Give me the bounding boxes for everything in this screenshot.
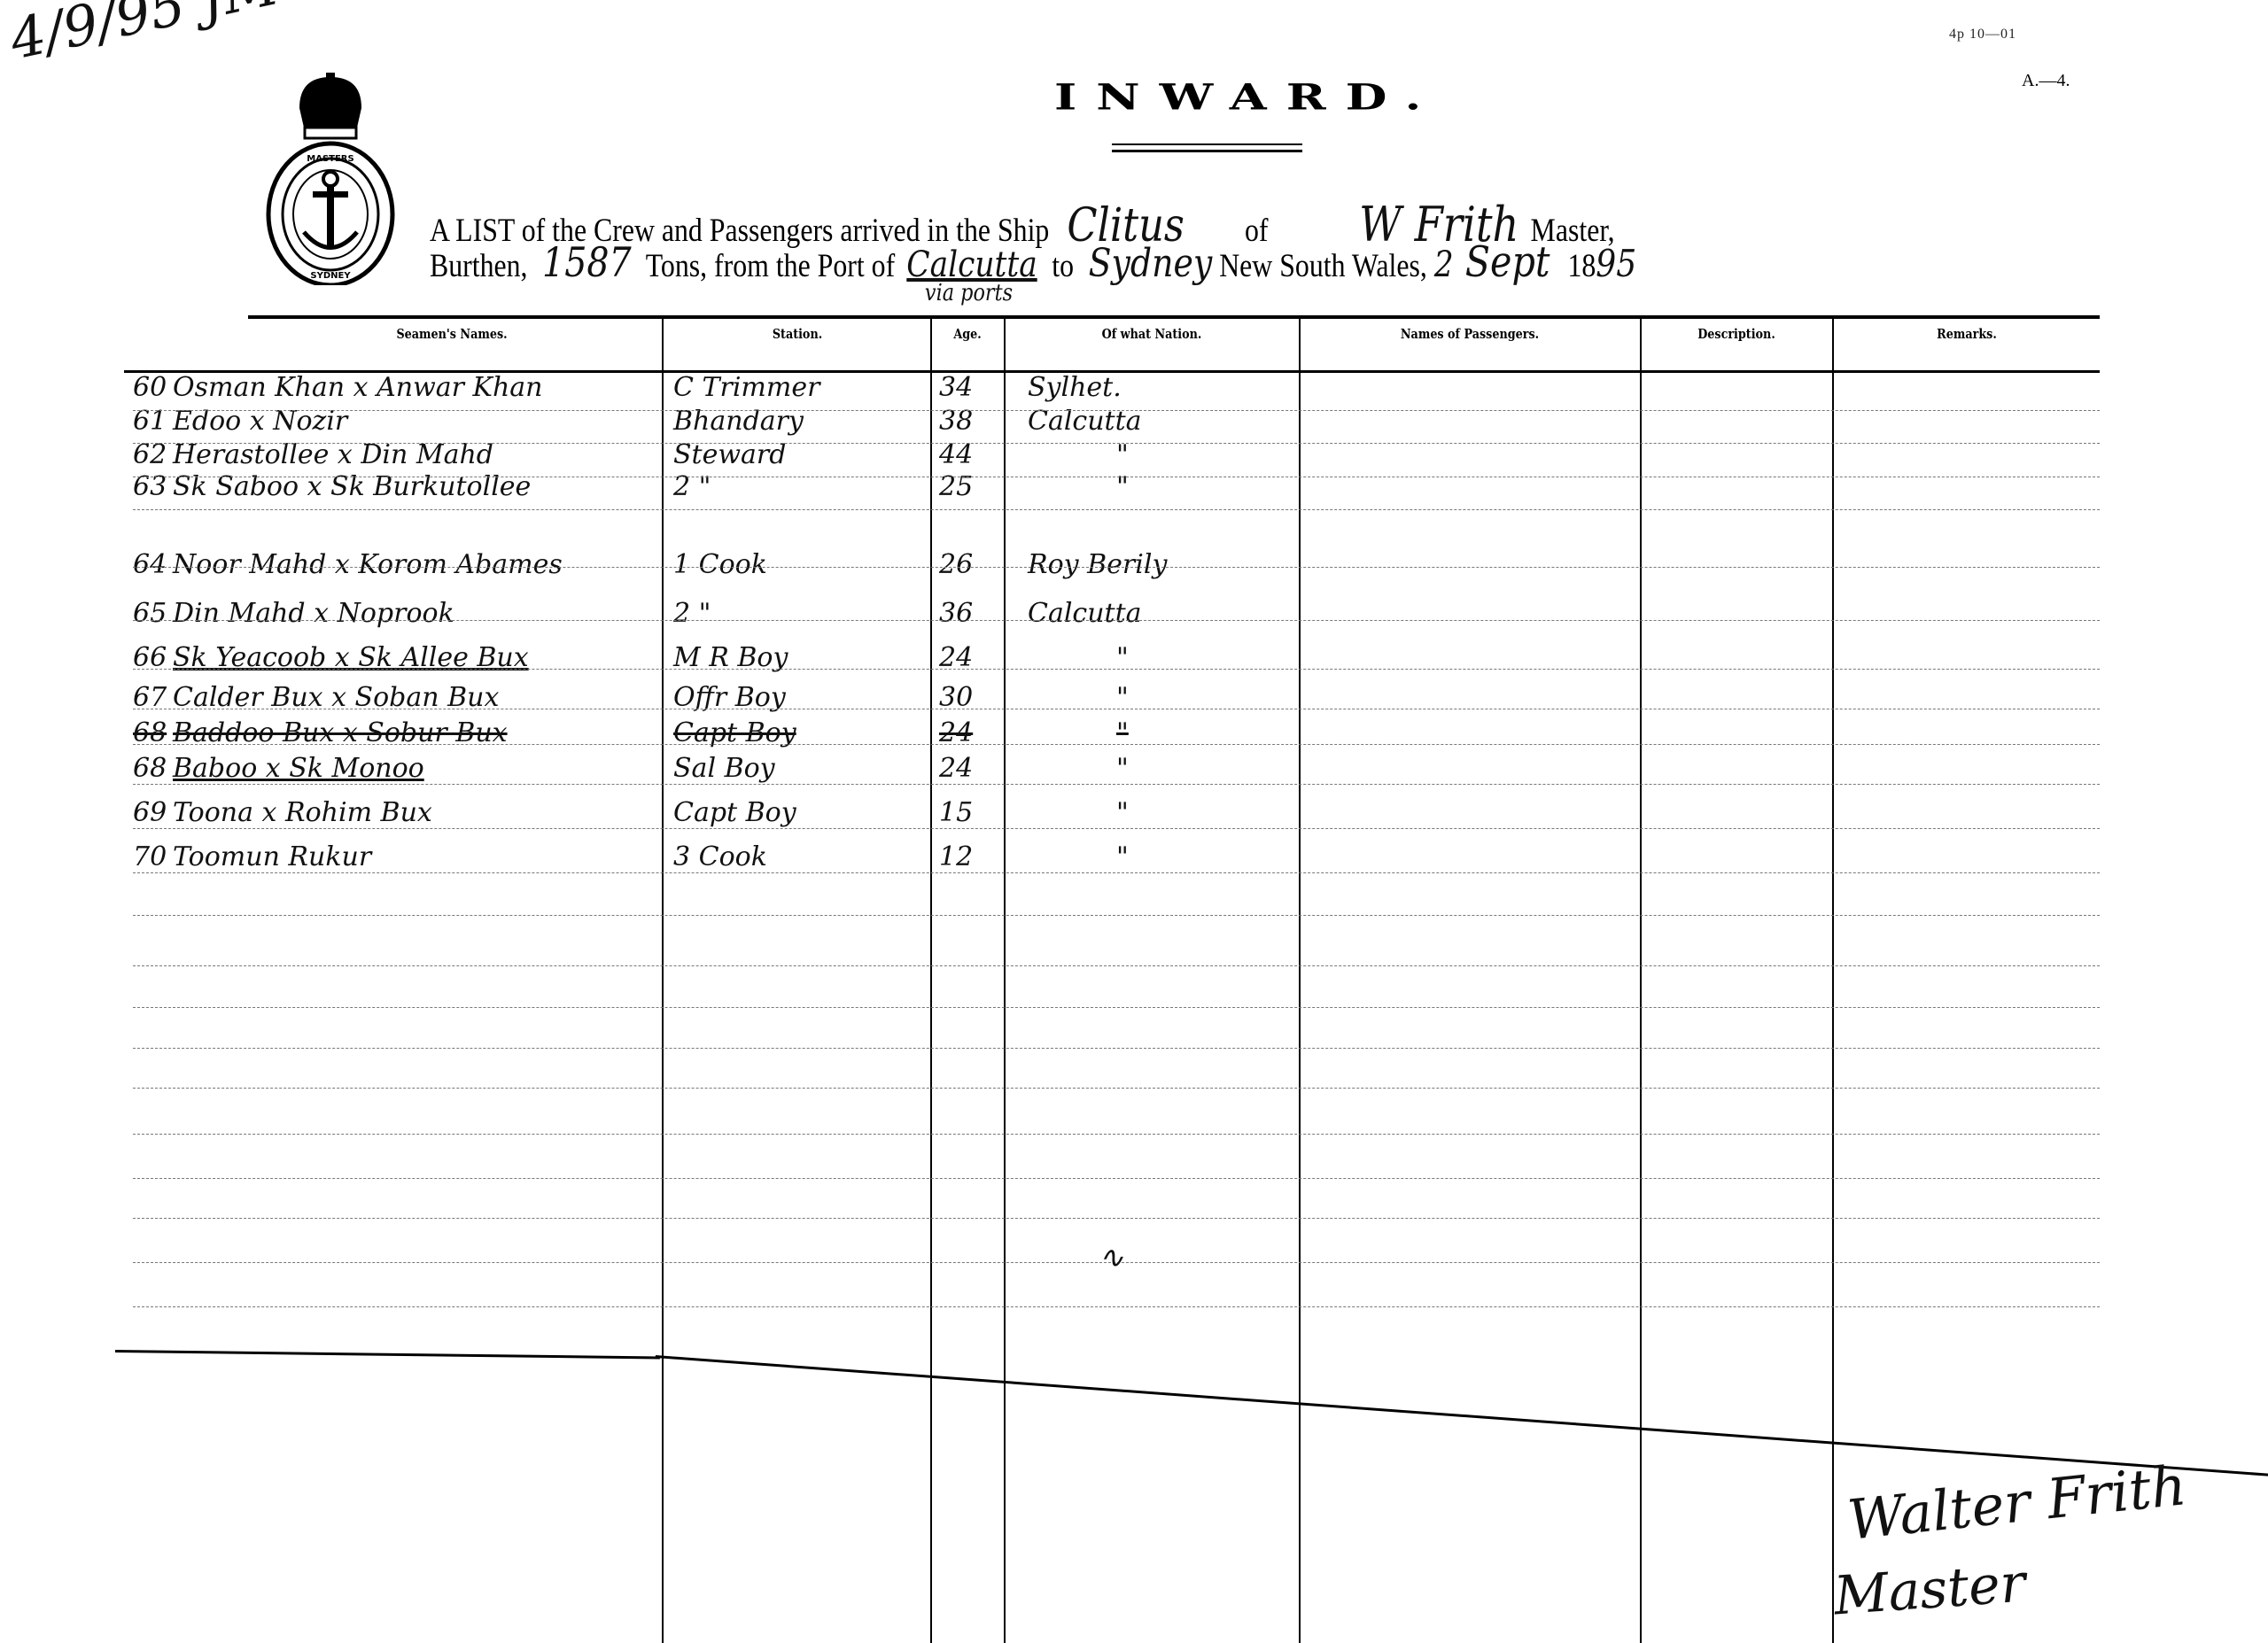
row-number: 68 <box>133 753 167 784</box>
nation: Calcutta <box>1028 598 1142 629</box>
column-header-passengers: Names of Passengers. <box>1326 326 1614 342</box>
column-divider <box>1640 317 1642 1643</box>
ruled-line <box>133 1178 2100 1179</box>
seaman-name: Din Mahd x Noprook <box>173 598 454 629</box>
nation: " <box>1116 753 1129 784</box>
table-row: 70 Toomun Rukur 3 Cook 12 " <box>0 841 2268 872</box>
table-row-struck: 68 Baddoo Bux x Sobur Bux Capt Boy 24 " <box>0 717 2268 748</box>
nsw-label: New South Wales, <box>1219 248 1427 284</box>
nation: " <box>1116 439 1129 470</box>
table-row: 67 Calder Bux x Soban Bux Offr Boy 30 " <box>0 682 2268 712</box>
age: 15 <box>939 797 973 828</box>
nation: " <box>1116 841 1129 872</box>
station: Steward <box>673 439 786 470</box>
closing-flourish: ∿ <box>1099 1240 1124 1275</box>
row-number: 64 <box>133 549 167 580</box>
ruled-line <box>133 669 2100 670</box>
master-signature: Walter Frith <box>1845 1453 2189 1553</box>
ruled-line <box>133 1306 2100 1307</box>
seaman-name: Toona x Rohim Bux <box>173 797 432 828</box>
table-row: 66 Sk Yeacoob x Sk Allee Bux M R Boy 24 … <box>0 642 2268 672</box>
station: 1 Cook <box>673 549 767 580</box>
year-prefix: 18 <box>1567 248 1596 284</box>
ruled-line <box>133 567 2100 568</box>
seaman-name: Noor Mahd x Korom Abames <box>173 549 563 580</box>
form-code: A.—4. <box>2022 71 2070 91</box>
age: 36 <box>939 598 973 629</box>
column-header-remarks: Remarks. <box>1854 326 2080 342</box>
closing-line <box>656 1355 2268 1476</box>
document-title: INWARD. <box>1054 75 1441 118</box>
ruled-line <box>133 1134 2100 1135</box>
burthen-label: Burthen, <box>430 248 527 284</box>
ruled-line <box>133 709 2100 709</box>
ruled-line <box>133 1048 2100 1049</box>
column-divider <box>662 317 664 1643</box>
column-divider <box>1004 317 1006 1643</box>
svg-text:MASTERS: MASTERS <box>307 154 353 164</box>
ruled-line <box>133 410 2100 411</box>
age: 12 <box>939 841 973 872</box>
ruled-line <box>133 744 2100 745</box>
column-header-seamens-names: Seamen's Names. <box>294 326 610 342</box>
column-divider <box>1299 317 1301 1643</box>
ruled-line <box>133 1007 2100 1008</box>
row-number: 60 <box>133 372 167 403</box>
to-label: to <box>1052 248 1074 284</box>
shipping-masters-seal-icon: MASTERS SYDNEY <box>264 73 397 285</box>
age: 26 <box>939 549 973 580</box>
ruled-line <box>133 620 2100 621</box>
ruled-line <box>133 477 2100 477</box>
title-underline <box>1112 143 1302 152</box>
station: Capt Boy <box>673 797 796 828</box>
ruled-line <box>133 1088 2100 1089</box>
table-row: 62 Herastollee x Din Mahd Steward 44 " <box>0 439 2268 469</box>
closing-line <box>115 1350 660 1360</box>
table-row: 60 Osman Khan x Anwar Khan C Trimmer 34 … <box>0 372 2268 402</box>
to-port: Sydney <box>1089 241 1213 286</box>
from-port-note: via ports <box>925 280 1013 306</box>
nation: " <box>1116 797 1129 828</box>
seaman-name: Baboo x Sk Monoo <box>173 753 424 784</box>
ruled-line <box>133 784 2100 785</box>
year-suffix: 95 <box>1596 242 1636 285</box>
table-row: 69 Toona x Rohim Bux Capt Boy 15 " <box>0 797 2268 827</box>
header-line-2: Burthen, 1587 Tons, from the Port of Cal… <box>430 237 1636 287</box>
ruled-line <box>133 872 2100 873</box>
master-title-signature: Master <box>1832 1553 2028 1628</box>
date-month: Sept <box>1465 237 1550 287</box>
nation: Sylhet. <box>1028 372 1122 403</box>
column-header-nation: Of what Nation. <box>1028 326 1277 342</box>
seaman-name: Osman Khan x Anwar Khan <box>173 372 542 403</box>
station: 2 " <box>673 598 711 629</box>
station: C Trimmer <box>673 372 819 403</box>
ruled-line <box>133 509 2100 510</box>
reference-note: 4p 10—01 <box>1949 27 2016 43</box>
file-annotation: 4/9/95 JM <box>4 0 284 72</box>
column-header-description: Description. <box>1656 326 1817 342</box>
ruled-line <box>133 915 2100 916</box>
nation: Roy Berily <box>1028 549 1167 580</box>
table-row: 64 Noor Mahd x Korom Abames 1 Cook 26 Ro… <box>0 549 2268 579</box>
table-row: 68 Baboo x Sk Monoo Sal Boy 24 " <box>0 753 2268 783</box>
row-number: 65 <box>133 598 167 629</box>
seaman-name: Herastollee x Din Mahd <box>173 439 493 470</box>
age: 24 <box>939 753 973 784</box>
ruled-line <box>133 1218 2100 1219</box>
seaman-name: Toomun Rukur <box>173 841 371 872</box>
table-top-rule <box>248 315 2100 319</box>
table-row: 65 Din Mahd x Noprook 2 " 36 Calcutta <box>0 598 2268 628</box>
station: Sal Boy <box>673 753 775 784</box>
column-header-station: Station. <box>685 326 911 342</box>
ruled-line <box>133 443 2100 444</box>
row-number: 62 <box>133 439 167 470</box>
date-day: 2 <box>1434 244 1454 285</box>
column-divider <box>930 317 932 1643</box>
tons-label: Tons, from the Port of <box>646 248 895 284</box>
burthen-value: 1587 <box>542 238 632 286</box>
column-header-age: Age. <box>937 326 998 342</box>
ruled-line <box>133 965 2100 966</box>
row-number: 69 <box>133 797 167 828</box>
ruled-line <box>133 828 2100 829</box>
station: 3 Cook <box>673 841 767 872</box>
age: 44 <box>939 439 973 470</box>
age: 34 <box>939 372 973 403</box>
row-number: 70 <box>133 841 167 872</box>
svg-text:SYDNEY: SYDNEY <box>310 271 351 281</box>
